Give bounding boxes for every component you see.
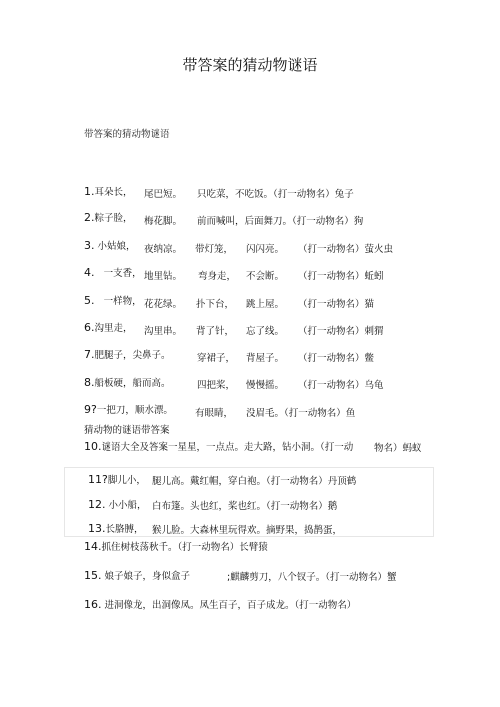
riddle-12: 12. 小小船， bbox=[88, 497, 147, 511]
riddle-number: 11? bbox=[88, 473, 108, 486]
riddle-12-part: 白布篷。头也红，桨也红。（打一动物名）鹅 bbox=[152, 498, 337, 512]
riddle-text: 耳朵长， bbox=[95, 187, 133, 198]
riddle-16: 16. 进洞像龙，出洞像凤。凤生百子，百子成龙。（打一动物名） bbox=[84, 597, 356, 611]
riddle-13: 13.长胳膊， bbox=[88, 521, 144, 535]
riddle-4-part: 弯身走， bbox=[198, 268, 236, 282]
riddle-15-part: ;麒麟剪刀，八个钗子。（打一动物名）蟹 bbox=[227, 569, 396, 583]
riddle-8-part: 慢慢摇。 bbox=[246, 377, 284, 391]
riddle-1-part: 只吃菜，不吃饭。（打一动物名）兔子 bbox=[197, 186, 354, 200]
riddle-number: 13. bbox=[88, 522, 106, 535]
riddle-text: 一样物， bbox=[104, 296, 142, 307]
page-title: 带答案的猜动物谜语 bbox=[0, 54, 500, 75]
riddle-text: 船板硬，船而高。 bbox=[95, 378, 171, 389]
riddle-number: 10. bbox=[84, 440, 102, 453]
riddle-1: 1.耳朵长， bbox=[84, 184, 133, 198]
riddle-number: 7. bbox=[84, 348, 95, 361]
riddle-5-part: 跳上屋。 bbox=[246, 296, 284, 310]
riddle-7-part: （打一动物名）鳖 bbox=[298, 350, 374, 364]
riddle-6-part: 背了针， bbox=[196, 323, 234, 337]
riddle-8-part: 四把桨， bbox=[197, 377, 235, 391]
subtitle: 带答案的猜动物谜语 bbox=[84, 126, 170, 140]
riddle-number: 4. bbox=[84, 266, 95, 279]
riddle-text: 沟里走， bbox=[95, 323, 133, 334]
riddle-11-part: 腿儿高。戴红帽，穿白袍。（打一动物名）丹顶鹤 bbox=[152, 473, 356, 487]
riddle-text: 一支香， bbox=[104, 268, 142, 279]
riddle-2-part: 前而喊叫，后面舞刀。（打一动物名）狗 bbox=[197, 213, 363, 227]
riddle-6: 6.沟里走， bbox=[84, 320, 133, 334]
riddle-number: 15. bbox=[84, 569, 102, 582]
riddle-text: 脚儿小， bbox=[108, 475, 146, 486]
riddle-9-part: 没眉毛。（打一动物名）鱼 bbox=[246, 405, 355, 419]
riddle-10: 10.谜语大全及答案一星星，一点点。走大路，钻小洞。（打一动 bbox=[84, 439, 353, 453]
riddle-3-part: 夜纳凉。 bbox=[144, 241, 182, 255]
section-heading: 猜动物的谜语带答案 bbox=[84, 422, 170, 436]
riddle-5-part: 花花绿。 bbox=[144, 296, 182, 310]
riddle-1-part: 尾巴短。 bbox=[144, 186, 182, 200]
riddle-text: 抓住树枝荡秋千。（打一动物名）长臂猿 bbox=[102, 542, 268, 553]
riddle-3-part: 带灯笼， bbox=[195, 241, 233, 255]
riddle-text: 小姑娘， bbox=[98, 241, 136, 252]
riddle-number: 8. bbox=[84, 376, 95, 389]
riddle-text: 肥腿子，尖鼻子。 bbox=[95, 350, 171, 361]
riddle-3-part: 闪闪亮。 bbox=[246, 241, 284, 255]
riddle-number: 9? bbox=[84, 403, 97, 416]
riddle-2-part: 梅花脚。 bbox=[144, 213, 182, 227]
riddle-5-part: （打一动物名）猫 bbox=[298, 296, 374, 310]
riddle-7-part: 穿裙子， bbox=[197, 350, 235, 364]
riddle-9: 9?一把刀，顺水漂。 bbox=[84, 402, 173, 416]
riddle-text: 一把刀，顺水漂。 bbox=[97, 405, 173, 416]
riddle-number: 14. bbox=[84, 540, 102, 553]
riddle-8-part: （打一动物名）乌龟 bbox=[298, 377, 384, 391]
riddle-4-part: 地里钻。 bbox=[144, 268, 182, 282]
riddle-3-part: （打一动物名）萤火虫 bbox=[298, 241, 393, 255]
riddle-6-part: 忘了线。 bbox=[246, 323, 284, 337]
riddle-number: 3. bbox=[84, 239, 95, 252]
riddle-7-part: 背屋子。 bbox=[246, 350, 284, 364]
riddle-text: 长胳膊， bbox=[106, 524, 144, 535]
riddle-13-part: 猴儿脸。大森林里玩得欢。摘野果，捣鹊蛋， bbox=[152, 522, 342, 536]
riddle-text: 小小船， bbox=[109, 500, 147, 511]
riddle-4-part: 不会断。 bbox=[246, 268, 284, 282]
riddle-10-part: 物名）蚂蚁 bbox=[374, 440, 422, 454]
riddle-6-part: （打一动物名）刺猬 bbox=[298, 323, 384, 337]
riddle-number: 2. bbox=[84, 211, 95, 224]
riddle-text: 娘子娘子，身似盒子 bbox=[105, 571, 191, 582]
riddle-number: 1. bbox=[84, 185, 95, 198]
riddle-14: 14.抓住树枝荡秋千。（打一动物名）长臂猿 bbox=[84, 539, 268, 553]
riddle-text: 粽子脸， bbox=[95, 213, 133, 224]
riddle-3: 3. 小姑娘， bbox=[84, 238, 136, 252]
riddle-6-part: 沟里串。 bbox=[144, 323, 182, 337]
riddle-text: 进洞像龙，出洞像凤。凤生百子，百子成龙。（打一动物名） bbox=[105, 600, 357, 611]
riddle-2: 2.粽子脸， bbox=[84, 210, 133, 224]
riddle-number: 6. bbox=[84, 321, 95, 334]
riddle-15: 15. 娘子娘子，身似盒子 bbox=[84, 568, 190, 582]
riddle-number: 12. bbox=[88, 498, 106, 511]
riddle-5-part: 扑下台， bbox=[196, 296, 234, 310]
riddle-5: 5. 一样物， bbox=[84, 293, 142, 307]
riddle-7: 7.肥腿子，尖鼻子。 bbox=[84, 347, 171, 361]
riddle-number: 5. bbox=[84, 294, 95, 307]
riddle-text: 谜语大全及答案一星星，一点点。走大路，钻小洞。（打一动 bbox=[102, 442, 354, 453]
riddle-8: 8.船板硬，船而高。 bbox=[84, 375, 171, 389]
riddle-number: 16. bbox=[84, 598, 102, 611]
riddle-9-part: 有眼睛， bbox=[195, 405, 233, 419]
riddle-11: 11?脚儿小， bbox=[88, 472, 146, 486]
riddle-4-part: （打一动物名）蚯蚓 bbox=[298, 268, 384, 282]
riddle-4: 4. 一支香， bbox=[84, 265, 142, 279]
